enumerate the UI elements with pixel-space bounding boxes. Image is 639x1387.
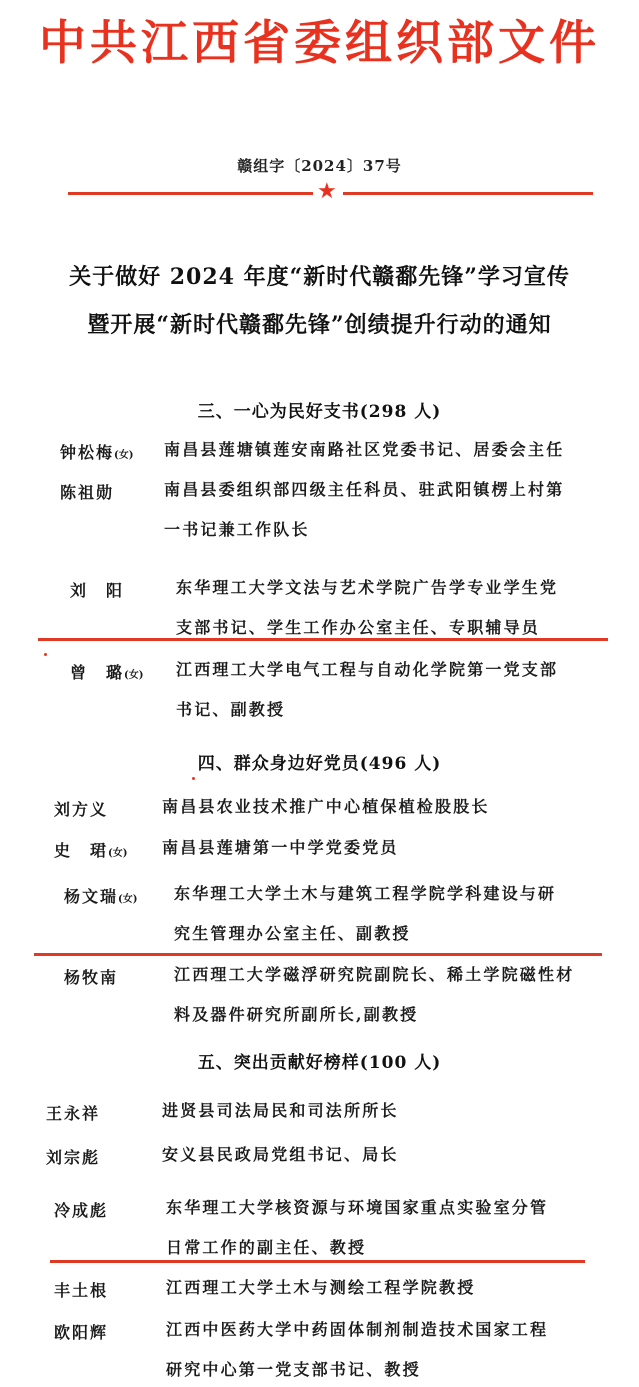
entry-name: 王永祥	[46, 1101, 100, 1124]
entry-description: 安义县民政局党组书记、局长	[162, 1135, 399, 1175]
red-speck	[44, 653, 47, 656]
entry-description: 南昌县委组织部四级主任科员、驻武阳镇楞上村第一书记兼工作队长	[164, 470, 564, 550]
entry-name: 杨文瑞(女)	[64, 884, 137, 907]
document-number: 赣组字〔2024〕37号	[0, 155, 639, 176]
entry-description: 东华理工大学文法与艺术学院广告学专业学生党支部书记、学生工作办公室主任、专职辅导…	[176, 568, 558, 648]
entry-name: 刘方义	[54, 797, 108, 820]
entry-description: 江西理工大学土木与测绘工程学院教授	[166, 1268, 475, 1308]
entry-name: 曾 璐(女)	[70, 660, 143, 683]
entry-name: 冷成彪	[54, 1198, 108, 1221]
entry-description: 东华理工大学土木与建筑工程学院学科建设与研究生管理办公室主任、副教授	[174, 874, 556, 954]
document-title-line-1: 关于做好 2024 年度“新时代赣鄱先锋”学习宣传	[0, 262, 639, 292]
entry-description: 南昌县农业技术推广中心植保植检股股长	[162, 787, 490, 827]
cut-divider	[38, 638, 608, 641]
section-heading-4: 四、群众身边好党员(496 人)	[0, 749, 639, 774]
header-divider-left	[68, 192, 313, 195]
entry-name: 史 珺(女)	[54, 838, 127, 861]
cut-divider	[50, 1260, 585, 1263]
entry-description: 江西中医药大学中药固体制剂制造技术国家工程研究中心第一党支部书记、教授	[166, 1310, 548, 1387]
entry-description: 进贤县司法局民和司法所所长	[162, 1091, 399, 1131]
entry-name: 杨牧南	[64, 965, 118, 988]
section-heading-5: 五、突出贡献好榜样(100 人)	[0, 1048, 639, 1073]
document-title-line-2: 暨开展“新时代赣鄱先锋”创绩提升行动的通知	[0, 310, 639, 340]
document-masthead: 中共江西省委组织部文件	[0, 14, 639, 74]
red-speck	[192, 777, 195, 780]
entry-description: 江西理工大学磁浮研究院副院长、稀土学院磁性材料及器件研究所副所长,副教授	[174, 955, 574, 1035]
star-icon: ★	[317, 181, 337, 203]
entry-name: 陈祖勋	[60, 480, 114, 503]
entry-name: 欧阳辉	[54, 1320, 108, 1343]
entry-description: 东华理工大学核资源与环境国家重点实验室分管日常工作的副主任、教授	[166, 1188, 548, 1268]
header-divider-right	[343, 192, 593, 195]
entry-name: 刘 阳	[70, 578, 124, 601]
entry-description: 南昌县莲塘镇莲安南路社区党委书记、居委会主任	[164, 430, 564, 470]
entry-description: 南昌县莲塘第一中学党委党员	[162, 828, 399, 868]
entry-description: 江西理工大学电气工程与自动化学院第一党支部书记、副教授	[176, 650, 558, 730]
entry-name: 丰土根	[54, 1278, 108, 1301]
section-heading-3: 三、一心为民好支书(298 人)	[0, 397, 639, 422]
entry-name: 钟松梅(女)	[60, 440, 133, 463]
entry-name: 刘宗彪	[46, 1145, 100, 1168]
